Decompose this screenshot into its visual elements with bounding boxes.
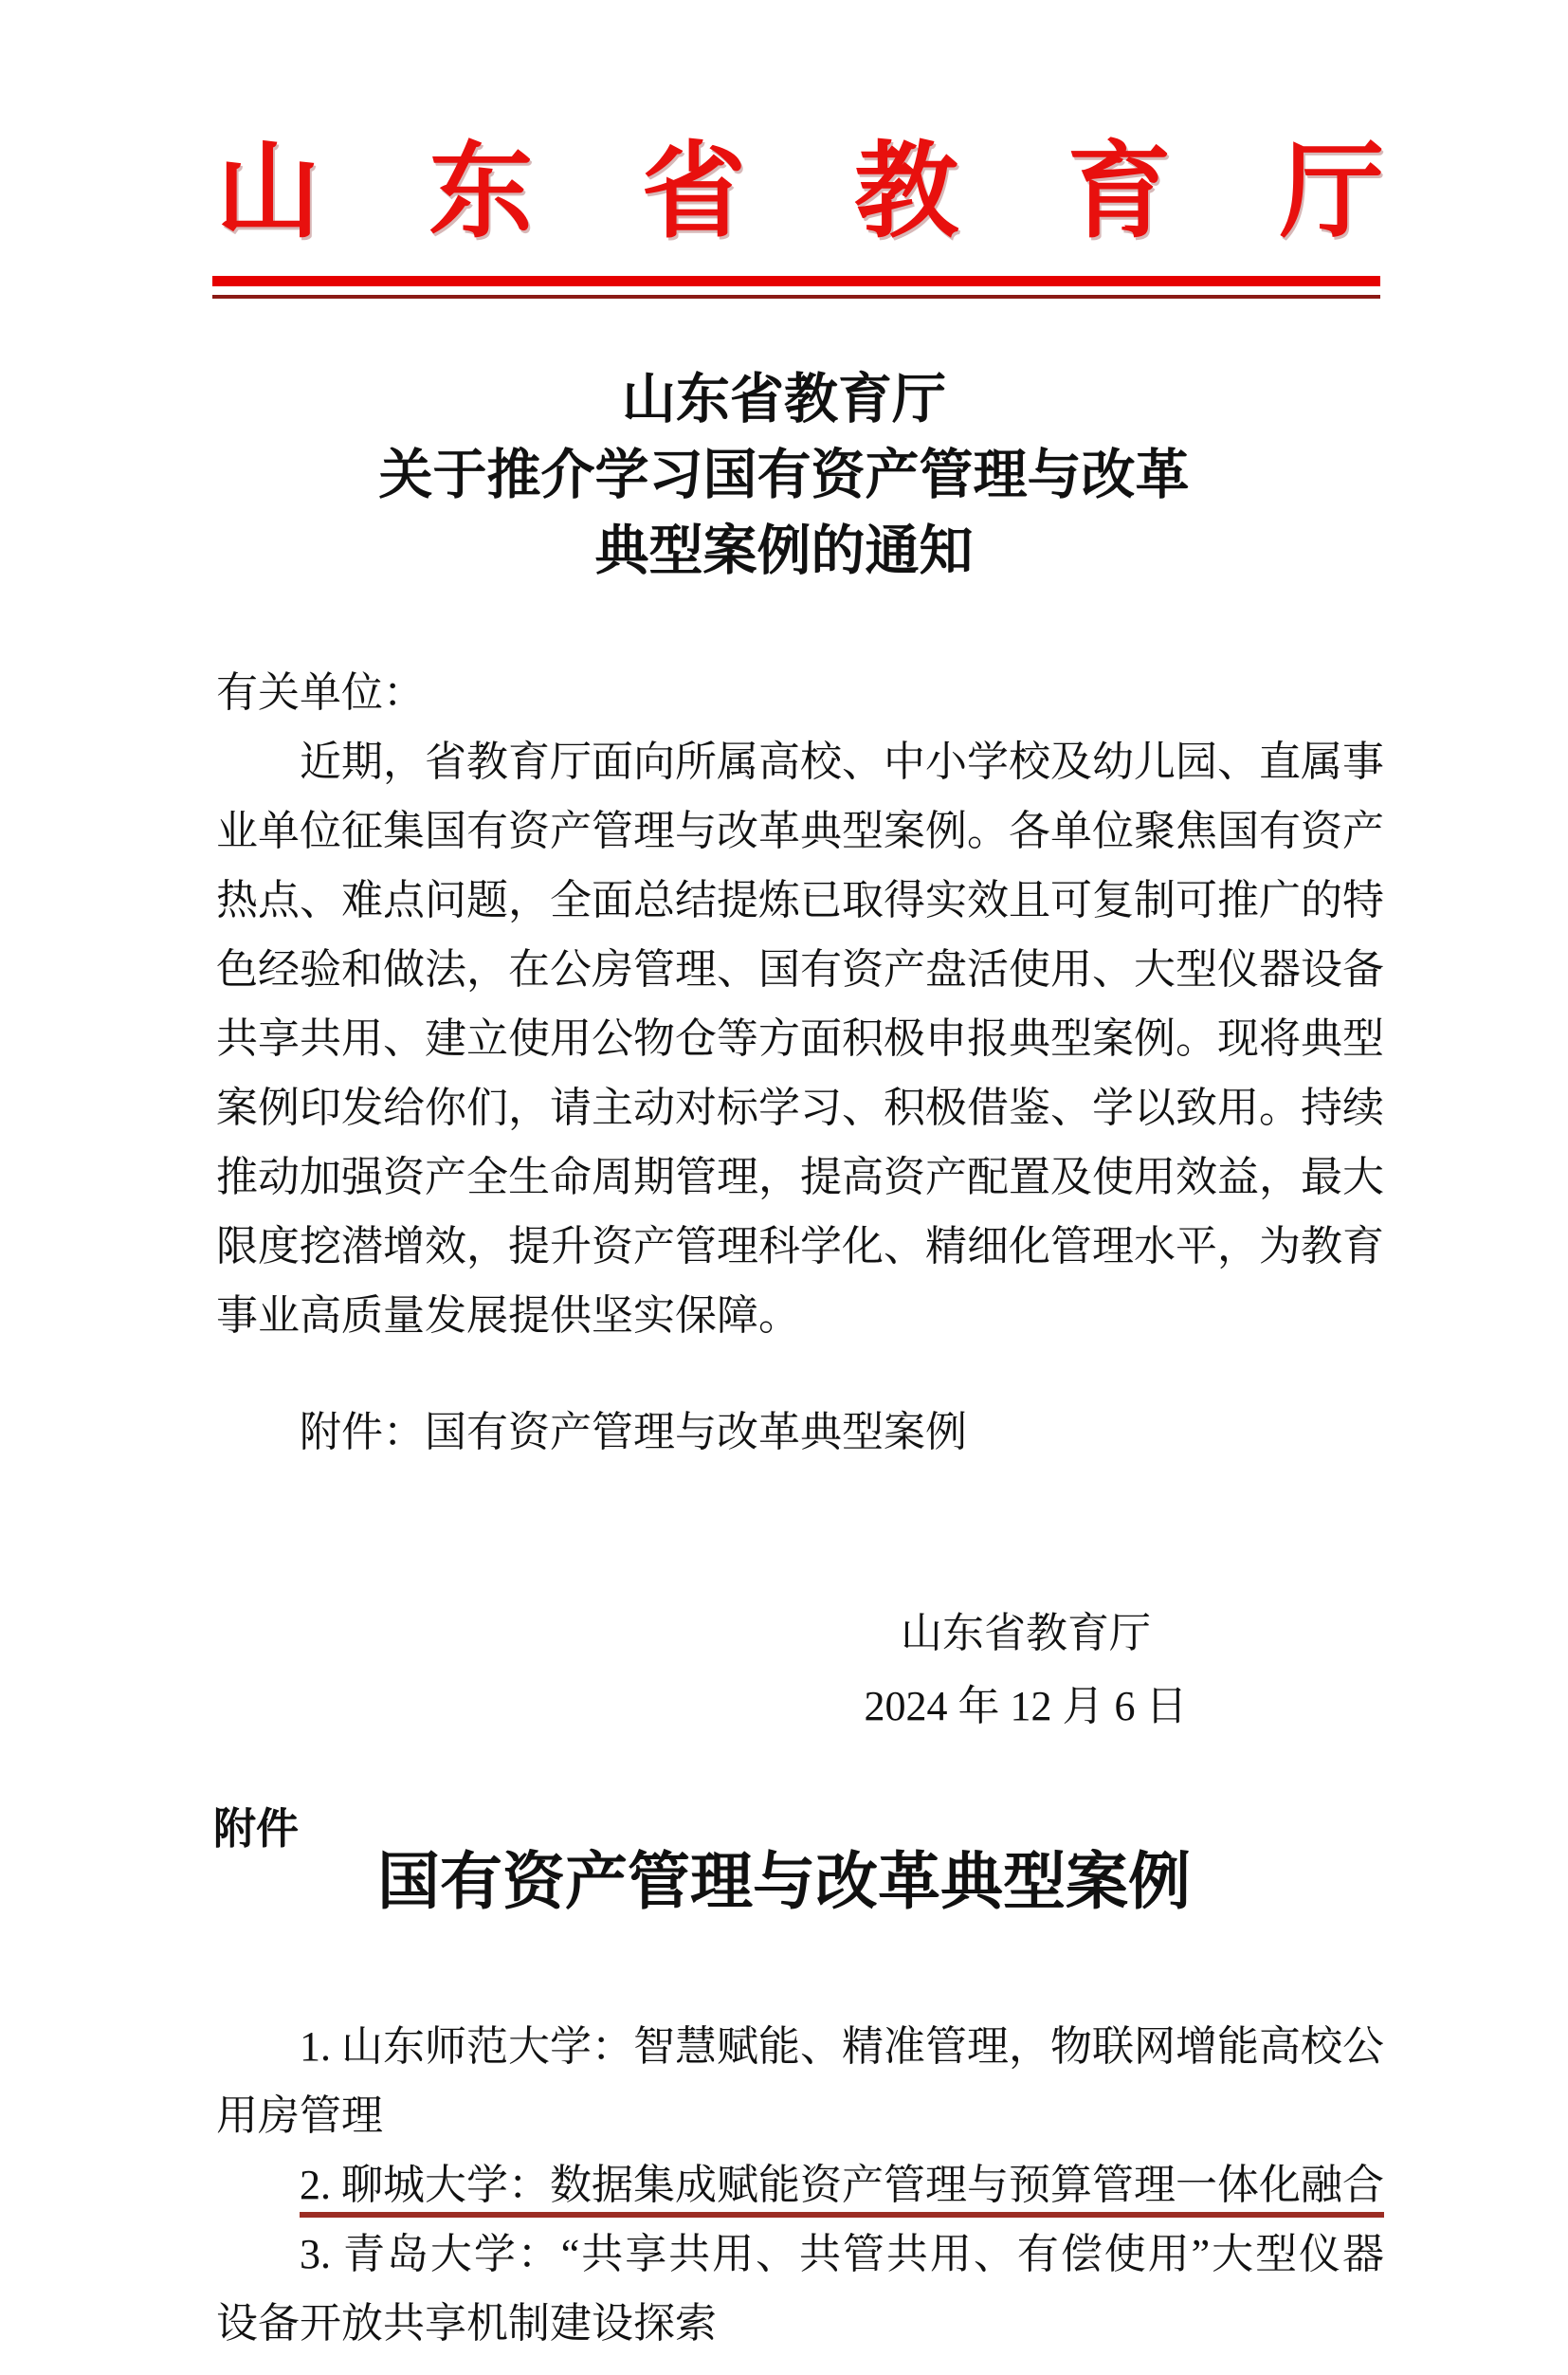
notice-paragraph-line: 推动加强资产全生命周期管理，提高资产配置及使用效益，最大 [216,1142,1384,1212]
notice-salutation: 有关单位： [216,658,1384,727]
case-item-line: 用房管理 [216,2081,1384,2150]
case-item: 3. 青岛大学：“共享共用、共管共用、有偿使用”大型仪器设备开放共享机制建设探索 [216,2220,1384,2358]
case-item-line: 1. 山东师范大学：智慧赋能、精准管理，物联网增能高校公 [216,2012,1384,2081]
document-title: 山东省教育厅关于推介学习国有资产管理与改革典型案例的通知 [0,362,1568,590]
case-item-line: 2. 聊城大学：数据集成赋能资产管理与预算管理一体化融合 [216,2150,1384,2220]
signature-issuer: 山东省教育厅 [855,1597,1196,1670]
notice-paragraph-line: 色经验和做法，在公房管理、国有资产盘活使用、大型仪器设备 [216,935,1384,1004]
notice-body: 有关单位： 近期，省教育厅面向所属高校、中小学校及幼儿园、直属事业单位征集国有资… [216,658,1384,1467]
document-title-line: 关于推介学习国有资产管理与改革 [0,438,1568,514]
masthead-rule-thick [212,276,1380,286]
underline-highlight: 2. 聊城大学：数据集成赋能资产管理与预算管理一体化融合 [300,2162,1384,2218]
notice-paragraph-line: 案例印发给你们，请主动对标学习、积极借鉴、学以致用。持续 [216,1073,1384,1142]
signature-date: 2024 年 12 月 6 日 [855,1670,1196,1743]
notice-paragraph-line: 事业高质量发展提供坚实保障。 [216,1281,1384,1350]
case-item-line: 3. 青岛大学：“共享共用、共管共用、有偿使用”大型仪器 [216,2220,1384,2289]
masthead-char: 教 [854,138,958,247]
notice-paragraph-line: 共享共用、建立使用公物仓等方面积极申报典型案例。现将典型 [216,1004,1384,1073]
notice-paragraph-line: 热点、难点问题，全面总结提炼已取得实效且可复制可推广的特 [216,866,1384,935]
official-notice-page: 山东省教育厅 山东省教育厅关于推介学习国有资产管理与改革典型案例的通知 有关单位… [0,0,1568,2375]
masthead-char: 省 [642,138,746,247]
attachment-ref: 附件：国有资产管理与改革典型案例 [216,1398,1384,1467]
attachment-title: 国有资产管理与改革典型案例 [0,1839,1568,1927]
case-item: 1. 山东师范大学：智慧赋能、精准管理，物联网增能高校公用房管理 [216,2012,1384,2150]
document-title-line: 山东省教育厅 [0,362,1568,438]
case-item-line: 设备开放共享机制建设探索 [216,2289,1384,2358]
notice-paragraph-line: 近期，省教育厅面向所属高校、中小学校及幼儿园、直属事 [216,727,1384,796]
masthead-char: 厅 [1280,138,1384,247]
notice-paragraph-line: 业单位征集国有资产管理与改革典型案例。各单位聚焦国有资产 [216,796,1384,866]
document-title-line: 典型案例的通知 [0,514,1568,590]
masthead-rule-thin [212,295,1380,299]
masthead-char: 山 [216,138,320,247]
masthead-char: 育 [1067,138,1172,247]
notice-paragraph: 近期，省教育厅面向所属高校、中小学校及幼儿园、直属事业单位征集国有资产管理与改革… [216,727,1384,1350]
notice-paragraph-line: 限度挖潜增效，提升资产管理科学化、精细化管理水平，为教育 [216,1212,1384,1281]
signature-block: 山东省教育厅 2024 年 12 月 6 日 [855,1597,1196,1743]
masthead-char: 东 [428,138,533,247]
masthead-title: 山东省教育厅 [216,138,1384,247]
case-item: 2. 聊城大学：数据集成赋能资产管理与预算管理一体化融合 [216,2150,1384,2220]
case-list: 1. 山东师范大学：智慧赋能、精准管理，物联网增能高校公用房管理2. 聊城大学：… [216,2012,1384,2358]
